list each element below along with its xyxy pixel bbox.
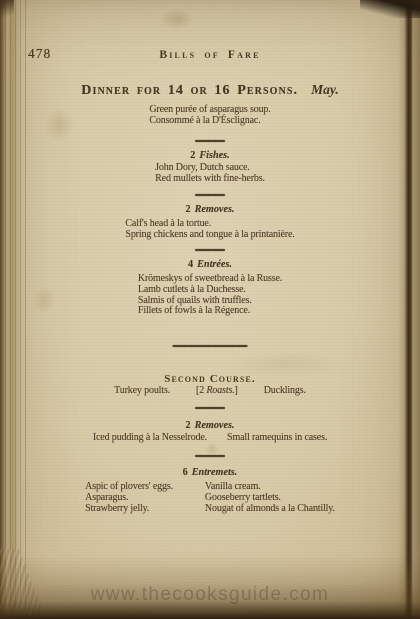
book-page-scan: 478 Bills of Fare Dinner for 14 or 16 Pe… — [0, 0, 420, 619]
section-divider-rule — [195, 407, 225, 409]
roast-right: Ducklings. — [264, 386, 306, 397]
fishes-group: John Dory, Dutch sauce. Red mullets with… — [28, 163, 392, 186]
second-removes-right: Small ramequins in cases. — [227, 433, 327, 444]
entrees-heading-word: Entrées. — [197, 259, 232, 270]
soups-group: Green purée of asparagus soup. Consommé … — [28, 105, 392, 128]
menu-line: Asparagus. — [85, 493, 173, 504]
menu-line: Fillets of fowls à la Régence. — [138, 306, 282, 317]
second-removes-heading-number: 2 — [186, 420, 191, 431]
fishes-heading-number: 2 — [190, 150, 195, 161]
menu-line: Consommé à la D'Ésclignac. — [149, 116, 270, 127]
second-course-heading: Second Course. — [28, 373, 392, 385]
removes-group: Calf's head à la tortue. Spring chickens… — [28, 219, 392, 242]
entremets-columns: Aspic of plovers' eggs. Asparagus. Straw… — [28, 482, 392, 514]
section-divider-rule — [195, 249, 225, 251]
running-head: Bills of Fare — [28, 49, 392, 61]
entremets-heading-word: Entremets. — [192, 467, 238, 478]
removes-heading: 2Removes. — [28, 204, 392, 215]
roasts-row: Turkey poults. [2 Roasts.] Ducklings. — [28, 386, 392, 397]
entrees-heading-number: 4 — [188, 259, 193, 270]
menu-line: Gooseberry tartlets. — [205, 493, 335, 504]
fishes-heading-word: Fishes. — [199, 150, 229, 161]
menu-line: Lamb cutlets à la Duchesse. — [138, 285, 282, 296]
fishes-heading: 2Fishes. — [28, 150, 392, 161]
course-divider-rule — [173, 345, 248, 347]
entremets-heading-number: 6 — [183, 467, 188, 478]
entrees-heading: 4Entrées. — [28, 259, 392, 270]
menu-line: Nougat of almonds a la Chantilly. — [205, 504, 335, 515]
menu-title: Dinner for 14 or 16 Persons. — [81, 83, 298, 98]
removes-heading-word: Removes. — [195, 204, 235, 215]
section-divider-rule — [195, 455, 225, 457]
roasts-center: [2 Roasts.] — [196, 386, 238, 397]
second-removes-heading-word: Removes. — [195, 420, 235, 431]
menu-line: Spring chickens and tongue à la printani… — [125, 230, 294, 241]
section-divider-rule — [195, 194, 225, 196]
second-removes-heading: 2Removes. — [28, 420, 392, 431]
dark-corner-top-left — [0, 0, 14, 22]
second-removes-left: Iced pudding à la Nesselrode. — [93, 433, 207, 444]
section-divider-rule — [195, 140, 225, 142]
entremets-heading: 6Entremets. — [28, 467, 392, 478]
watermark-text: www.thecooksguide.com — [28, 584, 392, 606]
menu-line: Strawberry jelly. — [85, 504, 173, 515]
entrees-group: Krömeskys of sweetbread à la Russe. Lamb… — [28, 274, 392, 318]
page-content: Bills of Fare Dinner for 14 or 16 Person… — [28, 0, 392, 619]
roast-left: Turkey poults. — [114, 386, 170, 397]
removes-heading-number: 2 — [186, 204, 191, 215]
menu-title-row: Dinner for 14 or 16 Persons. May. — [28, 81, 392, 99]
entremets-left-column: Aspic of plovers' eggs. Asparagus. Straw… — [85, 482, 173, 514]
menu-month: May. — [311, 82, 339, 97]
entremets-right-column: Vanilla cream. Gooseberry tartlets. Noug… — [205, 482, 335, 514]
page-right-edge — [398, 0, 420, 619]
second-removes-row: Iced pudding à la Nesselrode. Small rame… — [28, 433, 392, 444]
menu-line: Red mullets with fine-herbs. — [155, 174, 265, 185]
book-gutter-edge — [0, 0, 27, 619]
